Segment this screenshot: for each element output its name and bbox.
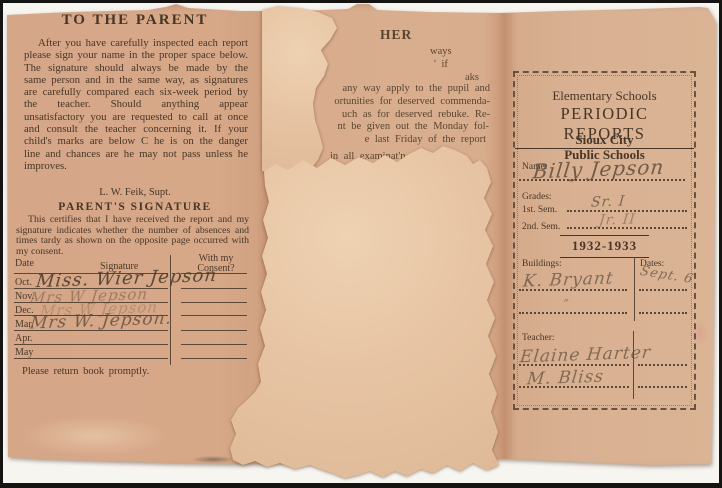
torn-paper-fragment-top [262,0,352,185]
torn-paper-fragment-main [225,140,515,485]
torn-pieces-layer [0,0,722,488]
scan-frame: TO THE PARENT After you have carefully i… [0,0,722,488]
